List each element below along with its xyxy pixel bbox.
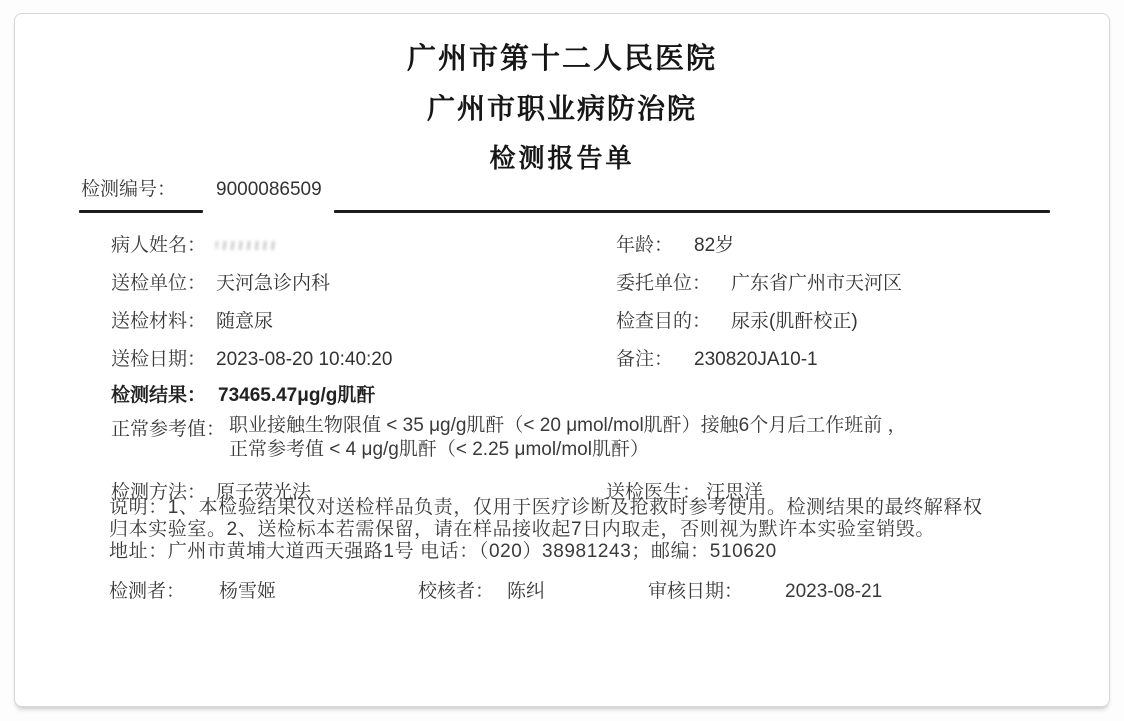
client-unit-label: 委托单位： [616,268,731,295]
purpose-value: 尿汞(肌酐校正) [731,311,858,332]
notes-block: 说明：1、本检验结果仅对送检样品负责，仅用于医疗诊断及抢救时参考使用。检测结果的… [109,497,983,563]
purpose-field: 检查目的：尿汞(肌酐校正) [616,306,858,333]
purpose-label: 检查目的： [616,306,731,333]
material-field: 送检材料：随意尿 [111,306,273,333]
patient-info-grid: 病人姓名： 年龄：82岁 送检单位：天河急诊内科 委托单位：广东省广州市天河区 … [15,230,1109,382]
reference-range-block: 正常参考值： 职业接触生物限值 < 35 μg/g肌酐（< 20 μmol/mo… [111,414,907,462]
age-field: 年龄：82岁 [616,230,734,257]
patient-name-field: 病人姓名： [111,230,278,257]
report-number-row: 检测编号：9000086509 [81,174,322,201]
test-result-row: 检测结果：73465.47μg/g肌酐 [111,380,375,407]
checker-field: 校核者：陈纠 [418,576,545,603]
notes-line-1: 说明：1、本检验结果仅对送检样品负责，仅用于医疗诊断及抢救时参考使用。检测结果的… [109,497,983,519]
checker-value: 陈纠 [507,581,545,602]
report-number-label: 检测编号： [81,174,216,201]
tester-value: 杨雪姬 [219,581,276,602]
tester-label: 检测者： [109,576,219,603]
reference-lines: 职业接触生物限值 < 35 μg/g肌酐（< 20 μmol/mol肌酐）接触6… [229,414,907,462]
header-rule-right [334,210,1050,213]
send-date-label: 送检日期： [111,344,216,371]
remark-field: 备注：230820JA10-1 [616,344,818,371]
send-unit-field: 送检单位：天河急诊内科 [111,268,330,295]
patient-name-redacted [216,241,278,250]
send-unit-label: 送检单位： [111,268,216,295]
reference-line-2: 正常参考值 < 4 μg/g肌酐（< 2.25 μmol/mol肌酐） [229,438,907,462]
material-value: 随意尿 [216,311,273,332]
info-row-4: 送检日期：2023-08-20 10:40:20 备注：230820JA10-1 [15,344,1109,382]
send-unit-value: 天河急诊内科 [216,273,330,294]
remark-value: 230820JA10-1 [694,349,818,370]
age-label: 年龄： [616,230,694,257]
institute-name: 广州市职业病防治院 [15,84,1109,134]
reference-label: 正常参考值： [111,414,225,441]
reference-line-1: 职业接触生物限值 < 35 μg/g肌酐（< 20 μmol/mol肌酐）接触6… [229,414,907,438]
info-row-2: 送检单位：天河急诊内科 委托单位：广东省广州市天河区 [15,268,1109,306]
info-row-3: 送检材料：随意尿 检查目的：尿汞(肌酐校正) [15,306,1109,344]
review-date-field: 审核日期：2023-08-21 [648,576,882,603]
send-date-field: 送检日期：2023-08-20 10:40:20 [111,344,392,371]
client-unit-value: 广东省广州市天河区 [731,273,902,294]
report-header: 广州市第十二人民医院 广州市职业病防治院 检测报告单 [15,34,1109,182]
test-result-label: 检测结果： [111,380,218,407]
hospital-name: 广州市第十二人民医院 [15,34,1109,84]
send-date-value: 2023-08-20 10:40:20 [216,349,392,370]
review-date-label: 审核日期： [648,576,785,603]
test-result-value: 73465.47μg/g肌酐 [218,385,375,406]
checker-label: 校核者： [418,576,507,603]
address-line: 地址：广州市黄埔大道西天强路1号 电话：（020）38981243；邮编：510… [109,541,983,563]
remark-label: 备注： [616,344,694,371]
report-card: 广州市第十二人民医院 广州市职业病防治院 检测报告单 检测编号：90000865… [14,13,1110,707]
header-rule-left [79,210,203,213]
client-unit-field: 委托单位：广东省广州市天河区 [616,268,902,295]
age-value: 82岁 [694,235,734,256]
review-date-value: 2023-08-21 [785,581,882,602]
patient-name-label: 病人姓名： [111,230,216,257]
notes-line-2: 归本实验室。2、送检标本若需保留，请在样品接收起7日内取走，否则视为默许本实验室… [109,519,983,541]
report-number-value: 9000086509 [216,179,322,200]
info-row-1: 病人姓名： 年龄：82岁 [15,230,1109,268]
tester-field: 检测者：杨雪姬 [109,576,276,603]
material-label: 送检材料： [111,306,216,333]
